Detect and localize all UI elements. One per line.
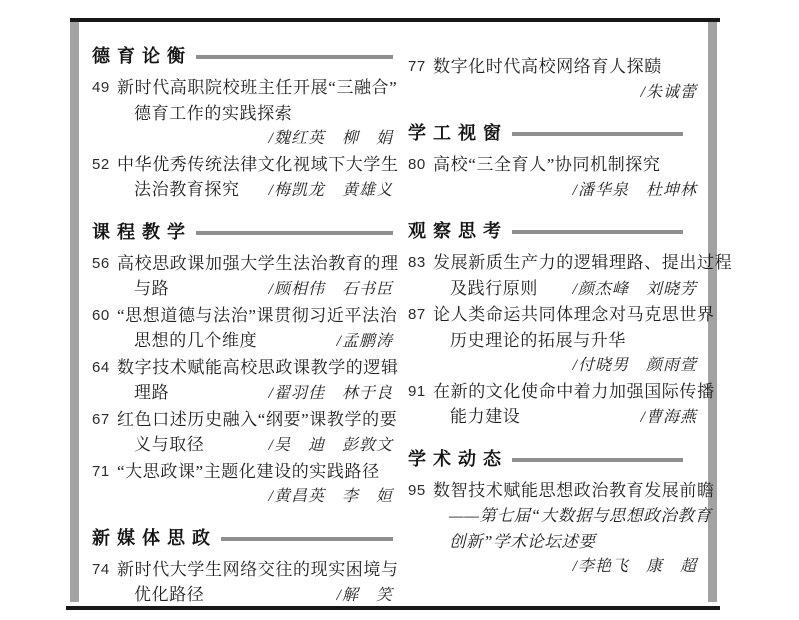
entry-title-text: 高校“三全育人”协同机制探究: [433, 152, 661, 178]
entry-title-line: 与路/顾相伟 石书臣: [117, 276, 393, 303]
entry-lines: 新时代高职院校班主任开展“三融合” 德育工作的实践探索 /魏红英 柳 娟: [117, 75, 393, 152]
entry-title-line: 及践行原则/颜杰峰 刘晓芳: [433, 276, 697, 303]
entry-title-text: 义与取径: [134, 432, 204, 458]
entry-authors: /黄昌英 李 姮: [269, 484, 393, 510]
entry-page-number: 64: [92, 355, 117, 407]
entry-page-number: 60: [92, 303, 117, 355]
entry-title-line: 历史理论的拓展与升华: [433, 328, 697, 354]
entry-title-text: 新时代高职院校班主任开展“三融合”: [117, 75, 397, 101]
entry-author-line: /潘华泉 杜坤林: [433, 178, 697, 204]
entry-title-line: 义与取径/吴 迪 彭敦文: [117, 432, 393, 459]
entry-title-line: 新时代大学生网络交往的现实困境与: [117, 557, 393, 583]
section-title: 课程教学: [92, 220, 192, 244]
entry-title-text: 红色口述历史融入“纲要”课教学的要: [117, 407, 397, 433]
entry-authors: /李艳飞 康 超: [573, 554, 697, 580]
entry-lines: 数智技术赋能思想政治教育发展前瞻 ——第七届“大数据与思想政治教育 创新”学术论…: [433, 478, 697, 580]
entry-title-line: 能力建设/曹海燕: [433, 404, 697, 431]
section-header: 观察思考: [408, 219, 697, 243]
entry-title-line: 数字技术赋能高校思政课教学的逻辑: [117, 355, 393, 381]
entry-title-text: 优化路径: [134, 582, 204, 608]
toc-column-right: 77 数字化时代高校网络育人探赜 /朱诚蕾 学工视窗 80 高校“三全育人”协同…: [408, 54, 697, 580]
toc-column-left: 德育论衡 49 新时代高职院校班主任开展“三融合” 德育工作的实践探索 /魏红英…: [92, 44, 393, 609]
section-rule: [512, 132, 683, 136]
toc-entry: 52 中华优秀传统法律文化视域下大学生 法治教育探究/梅凯龙 黄雄义: [92, 152, 393, 204]
toc-entry: 71 “大思政课”主题化建设的实践路径 /黄昌英 李 姮: [92, 459, 393, 510]
entry-title-text: 数智技术赋能思想政治教育发展前瞻: [433, 478, 715, 504]
entry-page-number: 91: [408, 379, 433, 431]
entry-title-text: 论人类命运共同体理念对马克思世界: [433, 302, 715, 328]
entry-authors: /付晓男 颜雨萱: [573, 353, 697, 379]
entry-lines: 数字技术赋能高校思政课教学的逻辑 理路/翟羽佳 林于良: [117, 355, 393, 407]
section-header: 学工视窗: [408, 121, 697, 145]
entry-page-number: 49: [92, 75, 117, 152]
entry-page-number: 87: [408, 302, 433, 379]
section-header: 德育论衡: [92, 44, 393, 68]
toc-entry: 56 高校思政课加强大学生法治教育的理 与路/顾相伟 石书臣: [92, 251, 393, 303]
entry-page-number: 83: [408, 250, 433, 302]
entry-authors: /魏红英 柳 娟: [269, 126, 393, 152]
entry-title-text: 德育工作的实践探索: [134, 101, 292, 127]
entry-title-text: 发展新质生产力的逻辑理路、提出过程: [433, 250, 732, 276]
entry-title-line: 德育工作的实践探索: [117, 101, 393, 127]
entry-lines: 高校思政课加强大学生法治教育的理 与路/顾相伟 石书臣: [117, 251, 393, 303]
journal-toc-page: { "page": { "background": "#ffffff", "te…: [0, 0, 799, 620]
section-header: 课程教学: [92, 220, 393, 244]
section-header: 新媒体思政: [92, 526, 393, 550]
entry-title-line: 理路/翟羽佳 林于良: [117, 380, 393, 407]
entry-authors: /顾相伟 石书臣: [269, 277, 393, 303]
entry-title-text: 高校思政课加强大学生法治教育的理: [117, 251, 399, 277]
entry-subtitle-text: ——第七届“大数据与思想政治教育: [449, 503, 712, 529]
entry-author-line: /黄昌英 李 姮: [117, 484, 393, 510]
entry-lines: “思想道德与法治”课贯彻习近平法治 思想的几个维度/孟鹏涛: [117, 303, 393, 355]
toc-entry: 80 高校“三全育人”协同机制探究 /潘华泉 杜坤林: [408, 152, 697, 203]
entry-title-line: 思想的几个维度/孟鹏涛: [117, 328, 393, 355]
entry-authors: /解 笑: [337, 583, 393, 609]
entry-title-text: 与路: [134, 276, 169, 302]
section-rule: [512, 458, 683, 462]
entry-lines: 发展新质生产力的逻辑理路、提出过程 及践行原则/颜杰峰 刘晓芳: [433, 250, 697, 302]
entry-title-text: 思想的几个维度: [134, 328, 257, 354]
entry-lines: 中华优秀传统法律文化视域下大学生 法治教育探究/梅凯龙 黄雄义: [117, 152, 393, 204]
entry-author-line: /付晓男 颜雨萱: [433, 353, 697, 379]
toc-entry: 91 在新的文化使命中着力加强国际传播 能力建设/曹海燕: [408, 379, 697, 431]
entry-authors: /朱诚蕾: [641, 80, 697, 106]
entry-title-line: 论人类命运共同体理念对马克思世界: [433, 302, 697, 328]
entry-title-text: 中华优秀传统法律文化视域下大学生: [117, 152, 399, 178]
entry-page-number: 56: [92, 251, 117, 303]
entry-title-line: 高校“三全育人”协同机制探究: [433, 152, 697, 178]
entry-page-number: 71: [92, 459, 117, 510]
entry-title-line: 红色口述历史融入“纲要”课教学的要: [117, 407, 393, 433]
toc-entry: 74 新时代大学生网络交往的现实困境与 优化路径/解 笑: [92, 557, 393, 609]
entry-title-text: 数字化时代高校网络育人探赜: [433, 54, 662, 80]
entry-title-text: 理路: [134, 380, 169, 406]
entry-title-line: 发展新质生产力的逻辑理路、提出过程: [433, 250, 697, 276]
toc-entry: 64 数字技术赋能高校思政课教学的逻辑 理路/翟羽佳 林于良: [92, 355, 393, 407]
entry-title-line: 数字化时代高校网络育人探赜: [433, 54, 697, 80]
section-title: 德育论衡: [92, 44, 192, 68]
section-rule: [221, 537, 393, 541]
entry-title-line: 中华优秀传统法律文化视域下大学生: [117, 152, 393, 178]
entry-page-number: 74: [92, 557, 117, 609]
toc-entry: 87 论人类命运共同体理念对马克思世界 历史理论的拓展与升华 /付晓男 颜雨萱: [408, 302, 697, 379]
entry-lines: 新时代大学生网络交往的现实困境与 优化路径/解 笑: [117, 557, 393, 609]
entry-lines: 论人类命运共同体理念对马克思世界 历史理论的拓展与升华 /付晓男 颜雨萱: [433, 302, 697, 379]
entry-title-text: 数字技术赋能高校思政课教学的逻辑: [117, 355, 399, 381]
entry-authors: /潘华泉 杜坤林: [573, 178, 697, 204]
entry-author-line: /魏红英 柳 娟: [117, 126, 393, 152]
section-rule: [512, 230, 683, 234]
entry-title-line: 高校思政课加强大学生法治教育的理: [117, 251, 393, 277]
entry-title-text: 在新的文化使命中着力加强国际传播: [433, 379, 715, 405]
section-title: 学工视窗: [408, 121, 508, 145]
toc-entry: 83 发展新质生产力的逻辑理路、提出过程 及践行原则/颜杰峰 刘晓芳: [408, 250, 697, 302]
entry-page-number: 77: [408, 54, 433, 105]
entry-subtitle-line: ——第七届“大数据与思想政治教育: [433, 503, 697, 529]
entry-authors: /吴 迪 彭敦文: [269, 433, 393, 459]
section-title: 新媒体思政: [92, 526, 217, 550]
entry-lines: 在新的文化使命中着力加强国际传播 能力建设/曹海燕: [433, 379, 697, 431]
entry-author-line: /朱诚蕾: [433, 80, 697, 106]
entry-title-line: 优化路径/解 笑: [117, 582, 393, 609]
entry-authors: /梅凯龙 黄雄义: [269, 178, 393, 204]
entry-title-text: “大思政课”主题化建设的实践路径: [117, 459, 380, 485]
entry-page-number: 52: [92, 152, 117, 204]
entry-lines: 高校“三全育人”协同机制探究 /潘华泉 杜坤林: [433, 152, 697, 203]
entry-title-text: 法治教育探究: [134, 177, 240, 203]
entry-title-line: “思想道德与法治”课贯彻习近平法治: [117, 303, 393, 329]
section-header: 学术动态: [408, 447, 697, 471]
section-rule: [196, 55, 393, 59]
section-rule: [196, 231, 393, 235]
entry-title-line: 法治教育探究/梅凯龙 黄雄义: [117, 177, 393, 204]
entry-authors: /翟羽佳 林于良: [269, 381, 393, 407]
toc-entry: 95 数智技术赋能思想政治教育发展前瞻 ——第七届“大数据与思想政治教育 创新”…: [408, 478, 697, 580]
entry-page-number: 95: [408, 478, 433, 580]
section-title: 学术动态: [408, 447, 508, 471]
frame-top-rule: [70, 18, 720, 22]
entry-title-text: 新时代大学生网络交往的现实困境与: [117, 557, 399, 583]
frame-left-bar: [70, 22, 79, 602]
entry-title-text: “思想道德与法治”课贯彻习近平法治: [117, 303, 397, 329]
entry-title-text: 历史理论的拓展与升华: [450, 328, 626, 354]
entry-lines: 红色口述历史融入“纲要”课教学的要 义与取径/吴 迪 彭敦文: [117, 407, 393, 459]
entry-title-line: 数智技术赋能思想政治教育发展前瞻: [433, 478, 697, 504]
entry-authors: /孟鹏涛: [337, 329, 393, 355]
entry-subtitle-text: 创新”学术论坛述要: [449, 529, 596, 555]
entry-lines: “大思政课”主题化建设的实践路径 /黄昌英 李 姮: [117, 459, 393, 510]
entry-authors: /颜杰峰 刘晓芳: [573, 277, 697, 303]
entry-title-text: 能力建设: [450, 404, 520, 430]
toc-entry: 49 新时代高职院校班主任开展“三融合” 德育工作的实践探索 /魏红英 柳 娟: [92, 75, 393, 152]
toc-entry: 77 数字化时代高校网络育人探赜 /朱诚蕾: [408, 54, 697, 105]
entry-lines: 数字化时代高校网络育人探赜 /朱诚蕾: [433, 54, 697, 105]
entry-title-text: 及践行原则: [450, 276, 538, 302]
toc-entry: 67 红色口述历史融入“纲要”课教学的要 义与取径/吴 迪 彭敦文: [92, 407, 393, 459]
section-title: 观察思考: [408, 219, 508, 243]
entry-page-number: 80: [408, 152, 433, 203]
entry-authors: /曹海燕: [641, 405, 697, 431]
entry-subtitle-line: 创新”学术论坛述要: [433, 529, 697, 555]
entry-author-line: /李艳飞 康 超: [433, 554, 697, 580]
entry-title-line: 新时代高职院校班主任开展“三融合”: [117, 75, 393, 101]
toc-entry: 60 “思想道德与法治”课贯彻习近平法治 思想的几个维度/孟鹏涛: [92, 303, 393, 355]
entry-page-number: 67: [92, 407, 117, 459]
entry-title-line: “大思政课”主题化建设的实践路径: [117, 459, 393, 485]
entry-title-line: 在新的文化使命中着力加强国际传播: [433, 379, 697, 405]
